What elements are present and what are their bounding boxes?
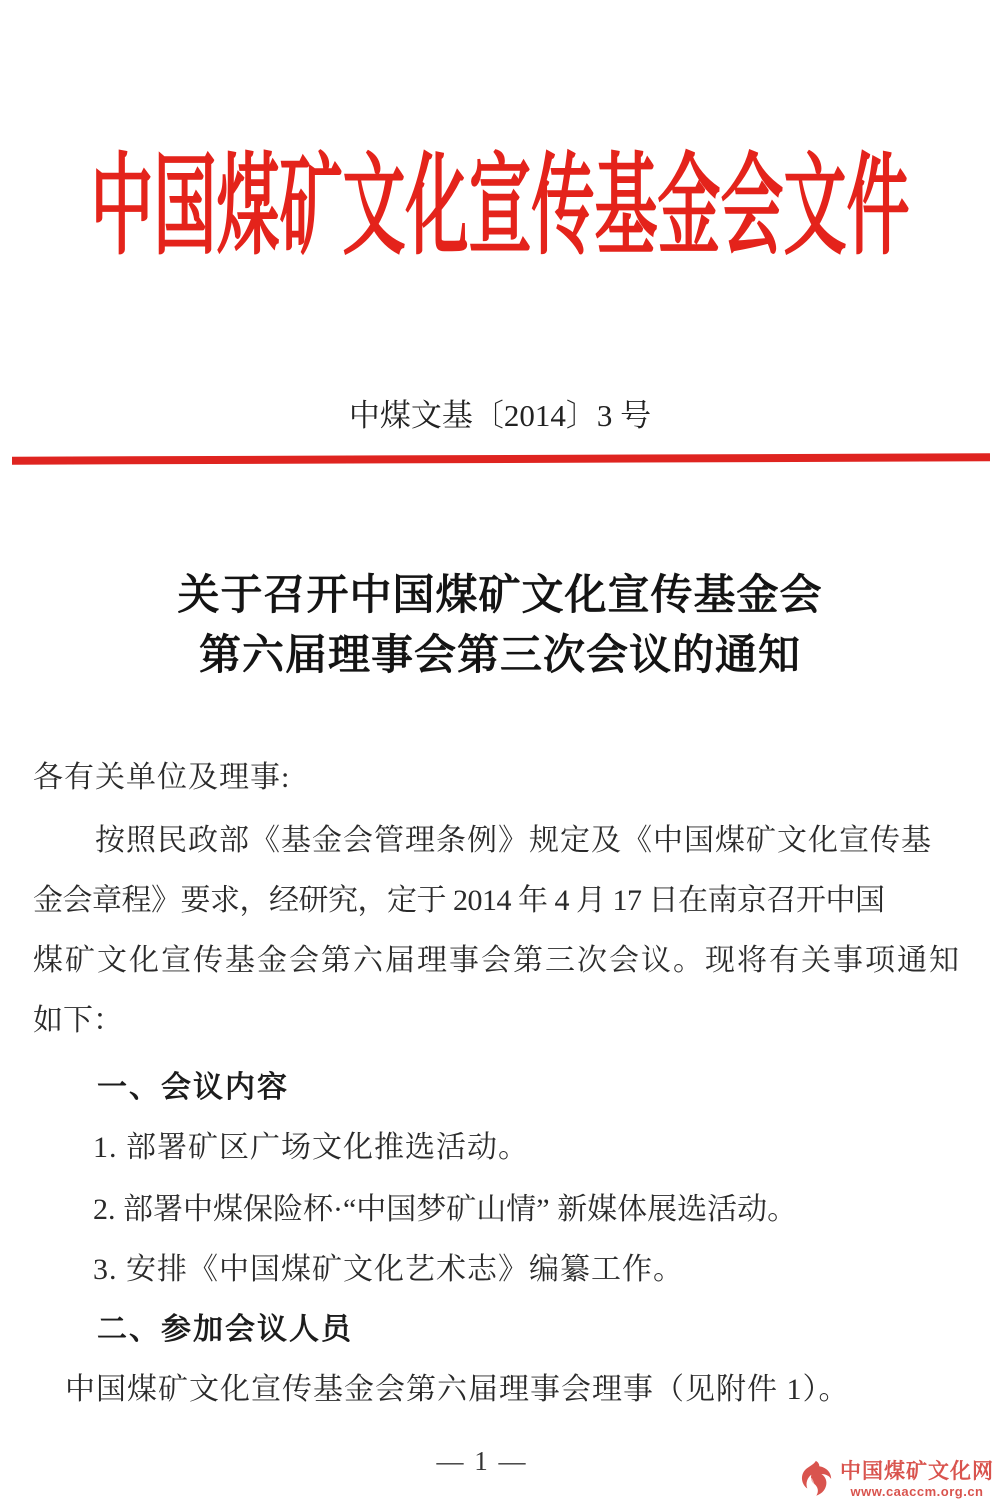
section2-text: 中国煤矿文化宣传基金会第六届理事会理事（见附件 1）。 xyxy=(65,1375,850,1405)
official-document-page: 中国煤矿文化宣传基金会文件 中煤文基〔2014〕3 号 关于召开中国煤矿文化宣传… xyxy=(0,0,1000,1505)
document-title-line1: 关于召开中国煤矿文化宣传基金会 xyxy=(0,566,1000,626)
paragraph1-line3: 煤矿文化宣传基金会第六届理事会第三次会议。现将有关事项通知 xyxy=(33,946,961,976)
watermark-site-url: www.caaccm.org.cn xyxy=(850,1484,983,1499)
document-title-line2: 第六届理事会第三次会议的通知 xyxy=(0,626,1000,686)
section1-item1: 1. 部署矿区广场文化推选活动。 xyxy=(93,1133,529,1163)
red-header-banner: 中国煤矿文化宣传基金会文件 xyxy=(0,153,1000,263)
document-title: 关于召开中国煤矿文化宣传基金会 第六届理事会第三次会议的通知 xyxy=(0,566,1000,686)
section1-item2: 2. 部署中煤保险杯·“中国梦矿山情” 新媒体展选活动。 xyxy=(93,1195,797,1225)
section2-heading: 二、参加会议人员 xyxy=(97,1315,353,1345)
watermark-text: 中国煤矿文化网 www.caaccm.org.cn xyxy=(840,1460,994,1499)
salutation-line: 各有关单位及理事: xyxy=(33,763,290,793)
paragraph1-line1: 按照民政部《基金会管理条例》规定及《中国煤矿文化宣传基 xyxy=(95,826,932,856)
red-divider-rule xyxy=(12,453,990,464)
section1-heading: 一、会议内容 xyxy=(97,1073,289,1103)
site-watermark: 中国煤矿文化网 www.caaccm.org.cn xyxy=(793,1458,994,1500)
watermark-site-name: 中国煤矿文化网 xyxy=(840,1460,994,1484)
paragraph1-line4: 如下： xyxy=(33,1006,123,1036)
paragraph1-line2: 金会章程》要求，经研究，定于 2014 年 4 月 17 日在南京召开中国 xyxy=(33,886,885,916)
phoenix-logo-icon xyxy=(793,1458,835,1500)
section1-item3: 3. 安排《中国煤矿文化艺术志》编纂工作。 xyxy=(93,1255,684,1285)
document-number: 中煤文基〔2014〕3 号 xyxy=(0,399,1000,433)
